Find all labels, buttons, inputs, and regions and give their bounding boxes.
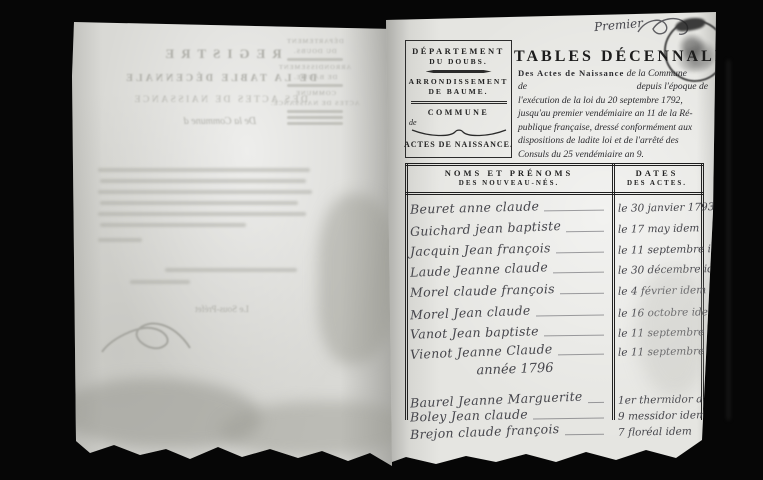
intro-line: l'exécution de la loi du 20 septembre 17… — [518, 95, 708, 106]
entry-name: Brejon claude françois — [410, 421, 560, 442]
bleed-box-line: ARRONDISSEMENT — [278, 64, 351, 71]
intro-line: jusqu'au premier vendémiaire an 11 de la… — [518, 108, 708, 119]
ruled-dash — [588, 402, 604, 403]
ruled-dash — [565, 434, 604, 436]
ruled-dash — [544, 335, 604, 337]
bleedthrough-date-line — [165, 268, 297, 272]
col2-header-line2: DES ACTES. — [616, 179, 698, 187]
bleed-box-rule — [287, 110, 343, 113]
left-page: REGISTRE DE LA TABLE DÉCENNALE DES ACTES… — [70, 16, 392, 466]
right-page: Premier DÉPARTEMENT DU DOUBS. ARRONDISSE… — [386, 12, 720, 464]
entry-date: le 11 septembre idem — [618, 243, 708, 257]
department-name: DU DOUBS. — [429, 57, 487, 66]
entry-name: Vienot Jeanne Claude — [410, 341, 553, 362]
intro-caps: Des Actes de Naissance — [518, 68, 624, 78]
entry-date: 7 floréal idem — [618, 425, 708, 439]
bleed-box-rule — [287, 58, 343, 61]
bleedthrough-paragraph-line — [98, 212, 306, 216]
entry-name: Beuret anne claude — [410, 198, 540, 216]
entry-name: Boley Jean claude — [410, 406, 528, 424]
entry-name: Guichard jean baptiste — [410, 218, 562, 239]
entry-date: le 17 may idem — [618, 222, 708, 236]
bleedthrough-paragraph-line — [98, 238, 142, 242]
entry-date: le 30 janvier 1793 — [618, 201, 708, 215]
ruled-dash — [553, 272, 604, 274]
ruled-dash — [560, 293, 604, 295]
registry-photo: REGISTRE DE LA TABLE DÉCENNALE DES ACTES… — [0, 0, 763, 480]
ruled-dash — [533, 418, 604, 420]
table-top-rule — [405, 163, 704, 166]
entry-name: Laude Jeanne claude — [410, 259, 549, 280]
ruled-dash — [558, 354, 604, 356]
bleed-box-line: ACTES DE NAISSANCE. — [270, 100, 360, 107]
ruled-dash — [536, 315, 604, 317]
double-rule — [411, 101, 507, 104]
intro-line: publique française, dressé conformément … — [518, 122, 708, 133]
arrondissement-name: DE BAUME. — [428, 87, 488, 96]
water-stain — [220, 401, 410, 456]
intro-line: dispositions de ladite loi et de l'arrêt… — [518, 135, 708, 146]
bleedthrough-paragraph-line — [98, 190, 312, 194]
col1-header-line1: NOMS ET PRÉNOMS — [410, 168, 608, 178]
entry-date: 1er thermidor an 4 — [618, 393, 708, 407]
page-title: TABLES DÉCENNALES — [514, 48, 714, 66]
ruled-dash — [544, 210, 604, 212]
bleedthrough-sous-prefet: Le Sous-Préfet — [162, 304, 282, 314]
page-edge-streak — [727, 60, 730, 420]
entry-name: Morel claude françois — [410, 281, 555, 300]
header-underline — [405, 192, 704, 195]
arrondissement-label: ARRONDISSEMENT — [409, 77, 509, 86]
bleed-box-line: COMMUNE — [295, 90, 336, 97]
table-row: Brejon claude françois 7 floréal idem — [410, 424, 704, 442]
department-label: DÉPARTEMENT — [412, 46, 505, 56]
entry-name: Vanot Jean baptiste — [410, 323, 539, 341]
bleedthrough-info-box: DÉPARTEMENT DU DOUBS. ARRONDISSEMENT DE … — [276, 38, 354, 125]
entry-name: Morel Jean claude — [410, 303, 531, 323]
bleedthrough-paragraph-line — [98, 168, 310, 172]
table-row: Guichard jean baptiste le 17 may idem — [410, 221, 704, 239]
table-row: Beuret anne claude le 30 janvier 1793 — [410, 200, 704, 218]
department-info-box: DÉPARTEMENT DU DOUBS. ARRONDISSEMENT DE … — [405, 40, 512, 158]
intro-line: Des Actes de Naissance de la Commune — [518, 68, 708, 79]
ruled-dash — [566, 231, 604, 233]
acte-type-label: ACTES DE NAISSANCE. — [404, 140, 513, 149]
brace-flourish — [410, 128, 508, 138]
entry-name: Jacquin Jean françois — [410, 240, 551, 259]
bleed-box-rule — [287, 116, 343, 119]
bleed-box-line: DU DOUBS. — [293, 48, 337, 55]
bleed-box-line: DÉPARTEMENT — [286, 38, 344, 45]
intro-depuis: depuis l'époque de — [637, 81, 708, 92]
intro-line: dedepuis l'époque de — [518, 81, 708, 92]
intro-line: Consuls du 25 vendémiaire an 9. — [518, 149, 708, 160]
water-stain — [318, 194, 400, 364]
commune-de: de — [409, 118, 417, 127]
col2-header-line1: DATES — [616, 168, 698, 178]
bleed-box-rule — [287, 122, 343, 125]
bleed-box-line: DE BAUME. — [293, 74, 337, 81]
commune-label: COMMUNE — [428, 108, 490, 117]
bleedthrough-paragraph-line — [100, 201, 298, 205]
intro-rest: de la Commune — [624, 68, 687, 79]
water-stain — [636, 267, 708, 397]
year-divider: année 1796 — [430, 359, 600, 380]
intro-de: de — [518, 81, 527, 92]
bleed-box-rule — [287, 84, 343, 87]
table-left-border — [405, 163, 408, 420]
bleedthrough-paragraph-line — [100, 179, 306, 183]
entry-date: 9 messidor idem — [618, 409, 708, 423]
tapered-rule — [426, 70, 492, 73]
ruled-dash — [556, 252, 604, 254]
bleedthrough-date-line — [130, 280, 190, 284]
col1-header-line2: DES NOUVEAU-NÉS. — [410, 179, 608, 187]
bleedthrough-signature-flourish — [98, 314, 194, 362]
table-row: Jacquin Jean françois le 11 septembre id… — [410, 242, 704, 260]
bleedthrough-paragraph-line — [100, 223, 246, 227]
